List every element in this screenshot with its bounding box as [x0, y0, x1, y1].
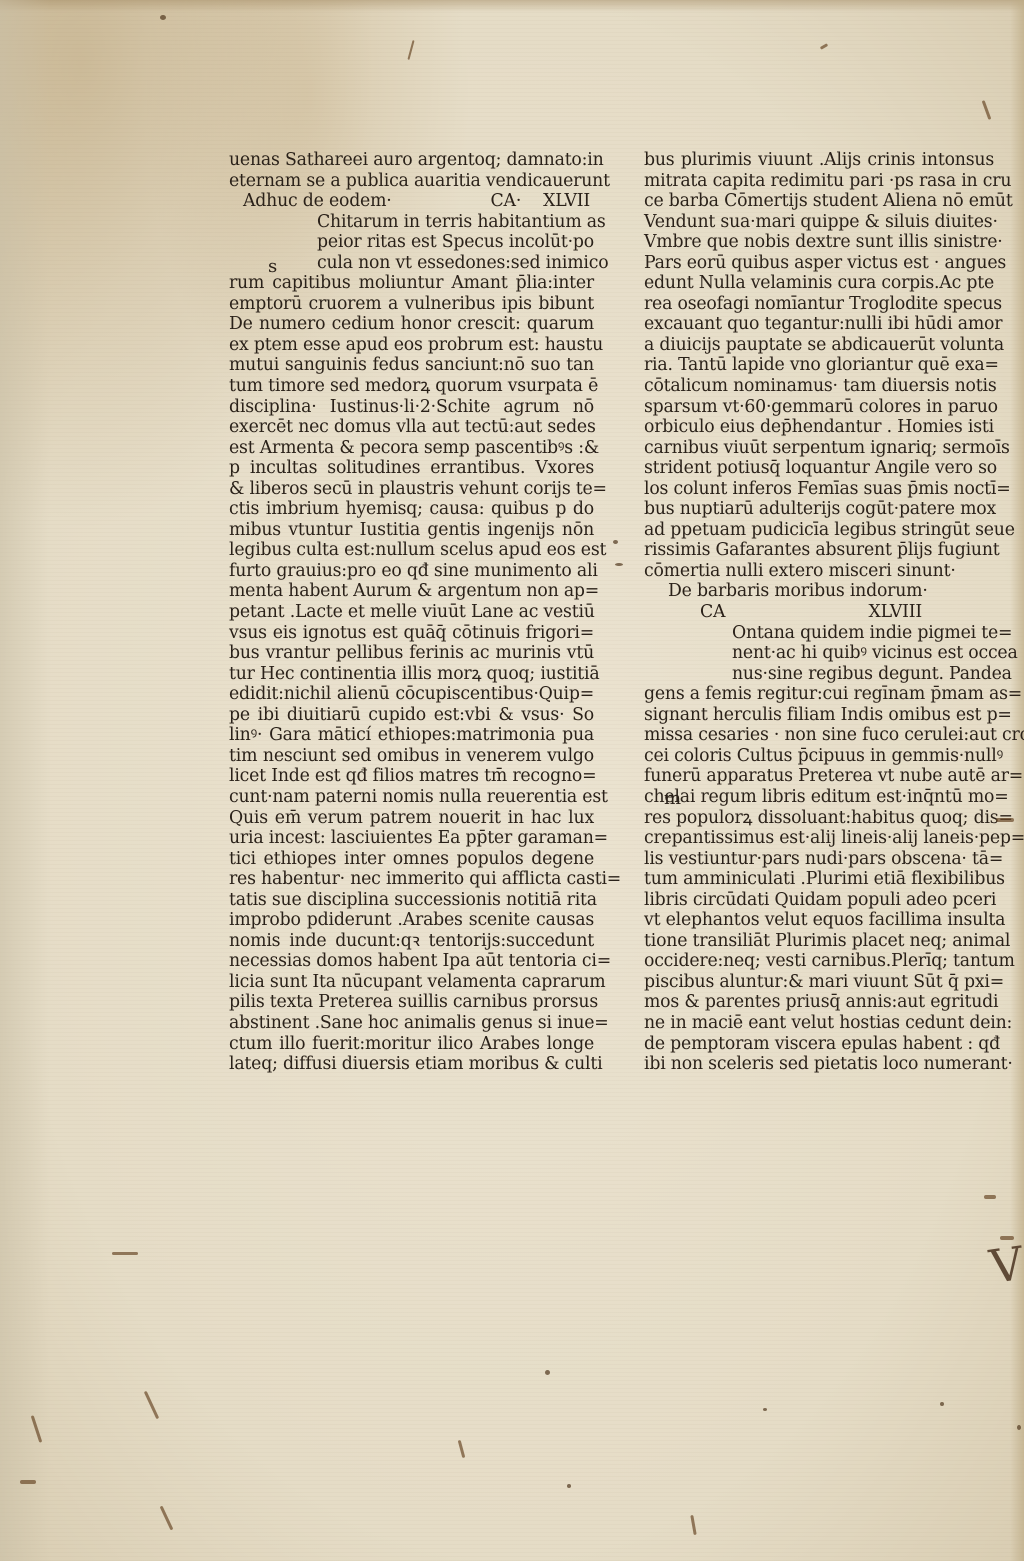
ink-stain-icon [20, 1480, 36, 1484]
text-line: pe ibi diuitiarū cupido est:vbi & vsus· … [229, 705, 594, 726]
text-line: mos & parentes priusq̄ annis:aut egritud… [644, 992, 994, 1013]
text-line: funerū apparatus Preterea vt nube autē a… [644, 766, 994, 787]
text-line: tione transiliāt Plurimis placet neq; an… [644, 931, 994, 952]
text-line: exercēt nec domus vlla aut tectū:aut sed… [229, 417, 594, 438]
text-line: orbiculo eius dep̄hendantur . Homies ist… [644, 417, 994, 438]
text-line: cei coloris Cultus p̄cipuus in gemmis·nu… [644, 746, 994, 767]
text-line: nomis inde ducunt:qꝛ tentorijs:succedunt [229, 931, 594, 952]
text-line: de pemptoram viscera epulas habent : qđ [644, 1034, 994, 1055]
text-line: cunt·nam paterni nomis nulla reuerentia … [229, 787, 594, 808]
text-line: libris circūdati Quidam populi adeo pcer… [644, 890, 994, 911]
text-line: necessias domos habent Ipa aūt tentoria … [229, 951, 594, 972]
ink-stain-icon [690, 1515, 696, 1535]
text-line: gens a femis regitur:cui regīnam p̄mam a… [644, 684, 994, 705]
text-line: mutui sanguinis fedus sanciunt:nō suo ta… [229, 355, 594, 376]
page-left-edge [0, 0, 50, 1561]
marginal-mark-icon: V [986, 1236, 1024, 1294]
text-line: rum capitibus moliuntur Amant p̄lia:inte… [229, 273, 594, 294]
text-line: ce barba Cōmertijs student Aliena nō emū… [644, 191, 994, 212]
text-line: nus·sine regibus degunt. Pandea [644, 664, 994, 685]
text-line: ne in maciē eant velut hostias cedunt de… [644, 1013, 994, 1034]
ink-spot-icon [567, 1484, 571, 1488]
ink-spot-icon [615, 563, 623, 566]
text-line: excauant quo tegantur:nulli ibi hūdi amo… [644, 314, 994, 335]
ink-stain-icon [407, 40, 414, 60]
text-line: missa cesaries · non sine fuco cerulei:a… [644, 725, 994, 746]
text-line: ibi non sceleris sed pietatis loco numer… [644, 1054, 994, 1075]
text-line: occidere:neq; vesti carnibus.Plerīq; tan… [644, 951, 994, 972]
chapter-label: CA [700, 602, 725, 623]
text-line: ad ppetuam pudicicīa legibus stringūt se… [644, 520, 994, 541]
text-line: edidit:nichil alienū cōcupiscentibus·Qui… [229, 684, 594, 705]
text-line: licet Inde est qđ filios matres tm̄ reco… [229, 766, 594, 787]
text-line: nent·ac hi quibꝰ vicinus est occea [644, 643, 994, 664]
text-line: emptorū cruorem a vulneribus ipis bibunt [229, 294, 594, 315]
chapter-numeral: XLVII [543, 191, 590, 212]
ink-spot-icon [1017, 1425, 1021, 1430]
text-line: bus plurimis viuunt .Alijs crinis intons… [644, 150, 994, 171]
text-line: pilis texta Preterea suillis carnibus pr… [229, 992, 594, 1013]
ink-stain-icon [160, 1506, 174, 1531]
text-line: signant herculis filiam Indis omibus est… [644, 705, 994, 726]
text-line: vt elephantos velut equos facillima insu… [644, 910, 994, 931]
text-line: chelai regum libris editum est·inq̄ntū m… [644, 787, 994, 808]
text-line: De numero cedium honor crescit: quarum [229, 314, 594, 335]
text-line: eternam se a publica auaritia vendicauer… [229, 171, 594, 192]
text-line: abstinent .Sane hoc animalis genus si in… [229, 1013, 594, 1034]
text-line: los colunt inferos Femīas suas p̄mis noc… [644, 479, 994, 500]
text-line: Chitarum in terris habitantium as [229, 212, 594, 233]
ink-stain-icon [112, 1252, 138, 1255]
text-line: est Armenta & pecora semp pascentibꝰs :& [229, 438, 594, 459]
text-line: uenas Sathareei auro argentoq; damnato:i… [229, 150, 594, 171]
text-line: Vmbre que nobis dextre sunt illis sinist… [644, 232, 994, 253]
text-line: strident potiusq̄ loquantur Angile vero … [644, 458, 994, 479]
text-line: lis vestiuntur·pars nudi·pars obscena· t… [644, 849, 994, 870]
chapter-heading: CA XLVIII [644, 602, 994, 623]
text-line: peior ritas est Specus incolūt·po [229, 232, 594, 253]
text-line: crepantissimus est·alij lineis·alij lane… [644, 828, 994, 849]
manuscript-page: uenas Sathareei auro argentoq; damnato:i… [0, 0, 1024, 1561]
text-line: bus nuptiarū adulterijs cogūt·patere mox [644, 499, 994, 520]
text-line: tici ethiopes inter omnes populos degene [229, 849, 594, 870]
text-line: tim nesciunt sed omibus in venerem vulgo [229, 746, 594, 767]
text-line: legibus culta est:nullum scelus apud eos… [229, 540, 594, 561]
ink-stain-icon [144, 1391, 159, 1419]
page-top-edge [0, 0, 1024, 12]
chapter-numeral: XLVIII [869, 602, 923, 623]
ink-stain-icon [458, 1440, 466, 1458]
ink-stain-icon [820, 43, 828, 50]
text-line: linꝰ· Gara māticí ethiopes:matrimonia pu… [229, 725, 594, 746]
text-line: sparsum vt·60·gemmarū colores in paruo [644, 397, 994, 418]
text-line: uria incest: lasciuientes Ea pp̄ter gara… [229, 828, 594, 849]
text-line: Vendunt sua·mari quippe & siluis diuites… [644, 212, 994, 233]
text-line: ctis imbrium hyemisq; causa: quibus p do [229, 499, 594, 520]
text-line: mitrata capita redimitu pari ·ps rasa in… [644, 171, 994, 192]
text-line: tum timore sed medorꝝ quorum vsurpata ē [229, 376, 594, 397]
text-line: lateq; diffusi diuersis etiam moribus & … [229, 1054, 594, 1075]
text-line: ria. Tantū lapide vno gloriantur quē exa… [644, 355, 994, 376]
chapter-heading: Adhuc de eodem· CA· XLVII [229, 191, 594, 212]
text-line: rea oseofagi nomīantur Troglodite specus [644, 294, 994, 315]
text-line: disciplina· Iustinus·li·2·Schite agrum n… [229, 397, 594, 418]
text-line: Ontana quidem indie pigmei te= [644, 623, 994, 644]
text-line: res populorꝝ dissoluant:habitus quoq; di… [644, 808, 994, 829]
text-line: licia sunt Ita nūcupant velamenta caprar… [229, 972, 594, 993]
text-line: tur Hec continentia illis morꝝ quoq; ius… [229, 664, 594, 685]
chapter-title: De barbaris moribus indorum· [644, 581, 994, 602]
chapter-title: Adhuc de eodem· [229, 191, 392, 212]
text-line: ex ptem esse apud eos probrum est: haust… [229, 335, 594, 356]
ink-stain-icon [996, 818, 1014, 822]
text-line: cula non vt essedones:sed inimico [229, 253, 594, 274]
text-line: menta habent Aurum & argentum non ap= [229, 581, 594, 602]
text-line: Pars eorū quibus asper victus est · angu… [644, 253, 994, 274]
text-line: & liberos secū in plaustris vehunt corij… [229, 479, 594, 500]
text-line: mibus vtuntur Iustitia gentis ingenijs n… [229, 520, 594, 541]
guide-letter-right: m [664, 788, 681, 809]
ink-spot-icon [545, 1370, 550, 1375]
chapter-label: CA· [491, 191, 522, 212]
text-line: improbo pdiderunt .Arabes scenite causas [229, 910, 594, 931]
text-line: piscibus aluntur:& mari viuunt Sūt q̄ px… [644, 972, 994, 993]
ink-stain-icon [982, 100, 992, 120]
text-line: petant .Lacte et melle viuūt Lane ac ves… [229, 602, 594, 623]
text-line: res habentur· nec immerito qui afflicta … [229, 869, 594, 890]
text-line: a diuicijs pauptate se abdicauerūt volun… [644, 335, 994, 356]
text-line: rissimis Gafarantes absurent p̄lijs fugi… [644, 540, 994, 561]
text-line: furto grauius:pro eo qđ sine munimento a… [229, 561, 594, 582]
text-line: cōtalicum nominamus· tam diuersis notis [644, 376, 994, 397]
text-line: p incultas solitudines errantibus. Vxore… [229, 458, 594, 479]
text-line: vsus eis ignotus est quāq̄ cōtinuis frig… [229, 623, 594, 644]
ink-spot-icon [613, 540, 618, 544]
text-line: tatis sue disciplina successionis notiti… [229, 890, 594, 911]
text-line: bus vrantur pellibus ferinis ac murinis … [229, 643, 594, 664]
text-line: tum amminiculati .Plurimi etiā flexibili… [644, 869, 994, 890]
ink-stain-icon [1000, 1236, 1014, 1240]
text-line: edunt Nulla velaminis cura corpis.Ac pte [644, 273, 994, 294]
left-text-column: uenas Sathareei auro argentoq; damnato:i… [229, 150, 594, 1075]
text-line: cōmertia nulli extero misceri sinunt· [644, 561, 994, 582]
text-line: Quis em̄ verum patrem nouerit in hac lux [229, 808, 594, 829]
ink-spot-icon [763, 1408, 767, 1411]
ink-spot-icon [160, 15, 166, 20]
text-line: carnibus viuūt serpentum ignariq; sermoī… [644, 438, 994, 459]
right-text-column: bus plurimis viuunt .Alijs crinis intons… [644, 150, 994, 1075]
guide-letter-left: s [268, 256, 277, 277]
ink-spot-icon [940, 1402, 944, 1406]
ink-stain-icon [984, 1195, 996, 1199]
text-line: ctum illo fuerit:moritur ilico Arabes lo… [229, 1034, 594, 1055]
